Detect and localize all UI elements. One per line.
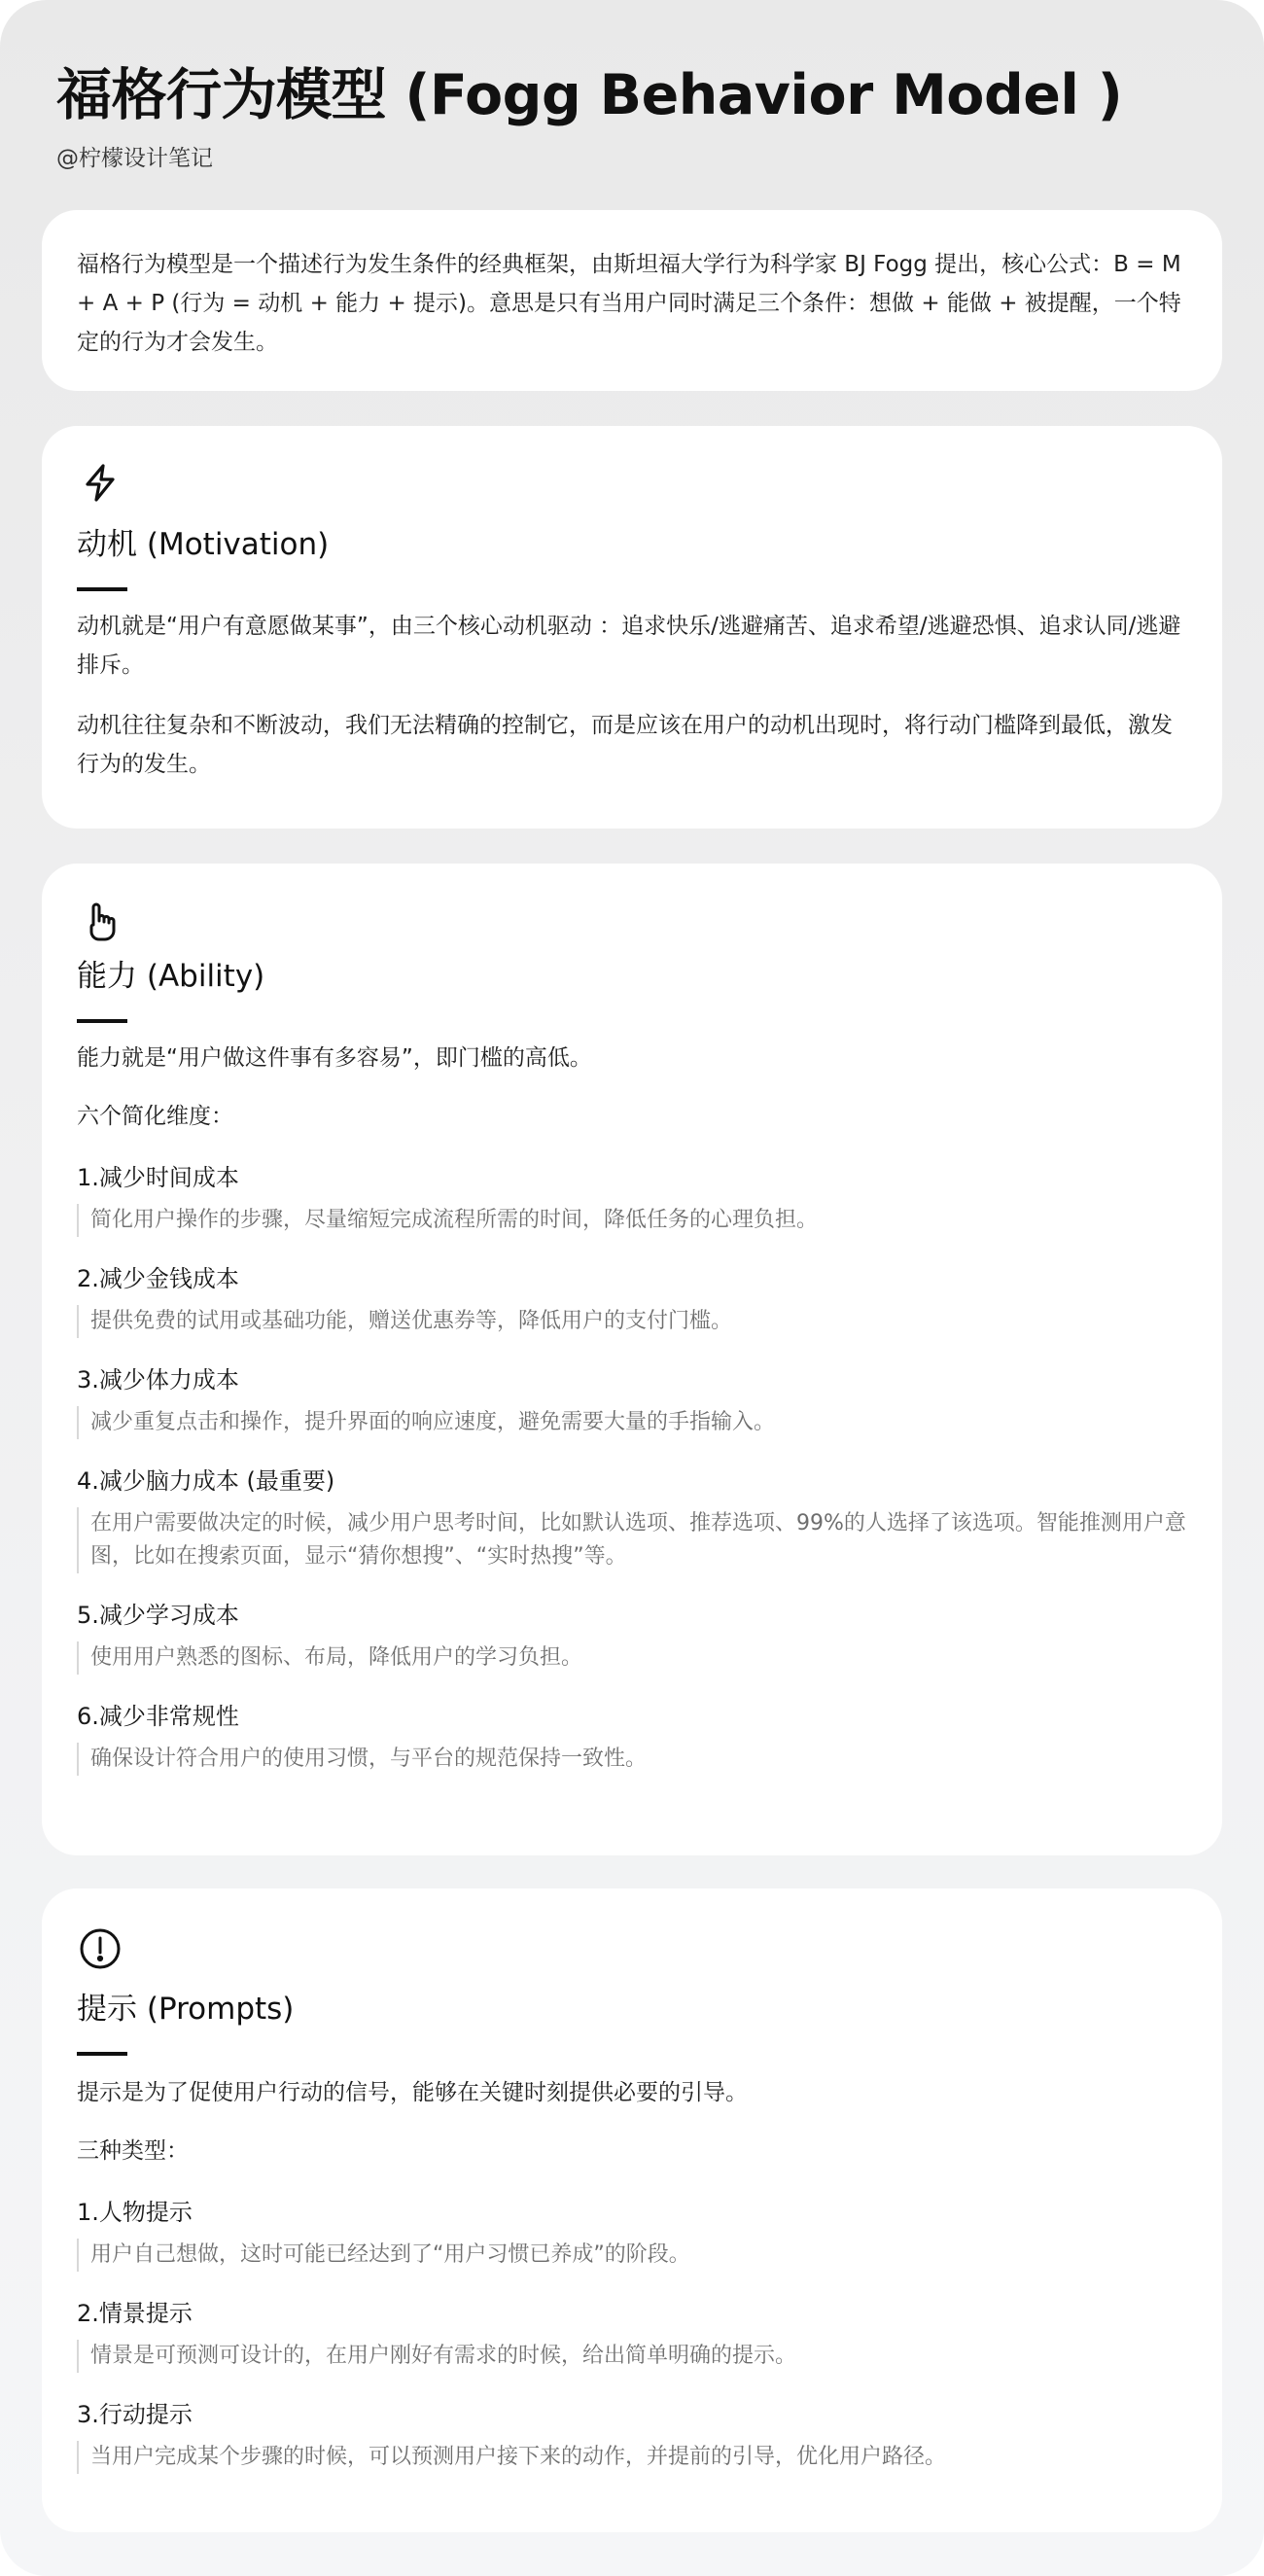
page: 福格行为模型 (Fogg Behavior Model ) @柠檬设计笔记 福格… bbox=[0, 0, 1264, 2576]
lightning-icon bbox=[77, 459, 123, 506]
ability-body: 能力就是“用户做这件事有多容易”，即门槛的高低。 六个简化维度： 1.减少时间成… bbox=[77, 1039, 1187, 1776]
list-item-title: 1.人物提示 bbox=[77, 2196, 1187, 2229]
list-item-desc: 确保设计符合用户的使用习惯，与平台的规范保持一致性。 bbox=[77, 1743, 1187, 1776]
prompts-list-label: 三种类型： bbox=[77, 2132, 1187, 2170]
title-underline bbox=[77, 1019, 127, 1023]
list-item: 1.减少时间成本 简化用户操作的步骤，尽量缩短完成流程所需的时间，降低任务的心理… bbox=[77, 1161, 1187, 1237]
list-item-desc: 使用用户熟悉的图标、布局，降低用户的学习负担。 bbox=[77, 1641, 1187, 1675]
list-item-title: 2.情景提示 bbox=[77, 2297, 1187, 2330]
list-item-title: 3.行动提示 bbox=[77, 2398, 1187, 2431]
list-item-title: 2.减少金钱成本 bbox=[77, 1262, 1187, 1295]
section-title-motivation: 动机 (Motivation) bbox=[77, 525, 329, 564]
page-title: 福格行为模型 (Fogg Behavior Model ) bbox=[56, 56, 1122, 134]
list-item-title: 6.减少非常规性 bbox=[77, 1700, 1187, 1733]
list-item-desc: 情景是可预测可设计的，在用户刚好有需求的时候，给出简单明确的提示。 bbox=[77, 2340, 1187, 2373]
pointing-hand-icon bbox=[77, 899, 123, 945]
motivation-paragraph-2: 动机往往复杂和不断波动，我们无法精确的控制它，而是应该在用户的动机出现时，将行动… bbox=[77, 706, 1187, 784]
list-item: 5.减少学习成本 使用用户熟悉的图标、布局，降低用户的学习负担。 bbox=[77, 1599, 1187, 1675]
list-item-desc: 用户自己想做，这时可能已经达到了“用户习惯已养成”的阶段。 bbox=[77, 2239, 1187, 2272]
list-item: 6.减少非常规性 确保设计符合用户的使用习惯，与平台的规范保持一致性。 bbox=[77, 1700, 1187, 1776]
ability-list-label: 六个简化维度： bbox=[77, 1097, 1187, 1136]
list-item-title: 4.减少脑力成本 (最重要) bbox=[77, 1464, 1187, 1498]
list-item-desc: 简化用户操作的步骤，尽量缩短完成流程所需的时间，降低任务的心理负担。 bbox=[77, 1204, 1187, 1237]
list-item: 3.减少体力成本 减少重复点击和操作，提升界面的响应速度，避免需要大量的手指输入… bbox=[77, 1363, 1187, 1439]
exclamation-circle-icon bbox=[77, 1925, 123, 1972]
intro-text: 福格行为模型是一个描述行为发生条件的经典框架，由斯坦福大学行为科学家 BJ Fo… bbox=[77, 245, 1187, 362]
list-item-title: 3.减少体力成本 bbox=[77, 1363, 1187, 1396]
list-item-desc: 减少重复点击和操作，提升界面的响应速度，避免需要大量的手指输入。 bbox=[77, 1406, 1187, 1439]
list-item: 1.人物提示 用户自己想做，这时可能已经达到了“用户习惯已养成”的阶段。 bbox=[77, 2196, 1187, 2272]
prompts-intro: 提示是为了促使用户行动的信号，能够在关键时刻提供必要的引导。 bbox=[77, 2073, 1187, 2112]
list-item-title: 5.减少学习成本 bbox=[77, 1599, 1187, 1632]
list-item: 2.情景提示 情景是可预测可设计的，在用户刚好有需求的时候，给出简单明确的提示。 bbox=[77, 2297, 1187, 2373]
header: 福格行为模型 (Fogg Behavior Model ) @柠檬设计笔记 bbox=[56, 56, 1122, 173]
prompts-card: 提示 (Prompts) 提示是为了促使用户行动的信号，能够在关键时刻提供必要的… bbox=[42, 1888, 1222, 2532]
list-item-desc: 在用户需要做决定的时候，减少用户思考时间，比如默认选项、推荐选项、99%的人选择… bbox=[77, 1507, 1187, 1573]
section-title-ability: 能力 (Ability) bbox=[77, 957, 264, 996]
list-item: 2.减少金钱成本 提供免费的试用或基础功能，赠送优惠券等，降低用户的支付门槛。 bbox=[77, 1262, 1187, 1338]
list-item-desc: 提供免费的试用或基础功能，赠送优惠券等，降低用户的支付门槛。 bbox=[77, 1305, 1187, 1338]
title-underline bbox=[77, 2052, 127, 2056]
motivation-card: 动机 (Motivation) 动机就是“用户有意愿做某事”，由三个核心动机驱动… bbox=[42, 426, 1222, 829]
list-item-title: 1.减少时间成本 bbox=[77, 1161, 1187, 1194]
list-item: 4.减少脑力成本 (最重要) 在用户需要做决定的时候，减少用户思考时间，比如默认… bbox=[77, 1464, 1187, 1573]
title-underline bbox=[77, 587, 127, 591]
author-handle: @柠檬设计笔记 bbox=[56, 144, 1122, 173]
section-title-prompts: 提示 (Prompts) bbox=[77, 1990, 294, 2029]
prompts-body: 提示是为了促使用户行动的信号，能够在关键时刻提供必要的引导。 三种类型： 1.人… bbox=[77, 2073, 1187, 2474]
intro-card: 福格行为模型是一个描述行为发生条件的经典框架，由斯坦福大学行为科学家 BJ Fo… bbox=[42, 210, 1222, 391]
motivation-body: 动机就是“用户有意愿做某事”，由三个核心动机驱动 ：追求快乐/逃避痛苦、追求希望… bbox=[77, 607, 1187, 784]
ability-intro: 能力就是“用户做这件事有多容易”，即门槛的高低。 bbox=[77, 1039, 1187, 1077]
list-item: 3.行动提示 当用户完成某个步骤的时候，可以预测用户接下来的动作，并提前的引导，… bbox=[77, 2398, 1187, 2474]
motivation-paragraph-1: 动机就是“用户有意愿做某事”，由三个核心动机驱动 ：追求快乐/逃避痛苦、追求希望… bbox=[77, 607, 1187, 685]
ability-card: 能力 (Ability) 能力就是“用户做这件事有多容易”，即门槛的高低。 六个… bbox=[42, 864, 1222, 1855]
list-item-desc: 当用户完成某个步骤的时候，可以预测用户接下来的动作，并提前的引导，优化用户路径。 bbox=[77, 2441, 1187, 2474]
